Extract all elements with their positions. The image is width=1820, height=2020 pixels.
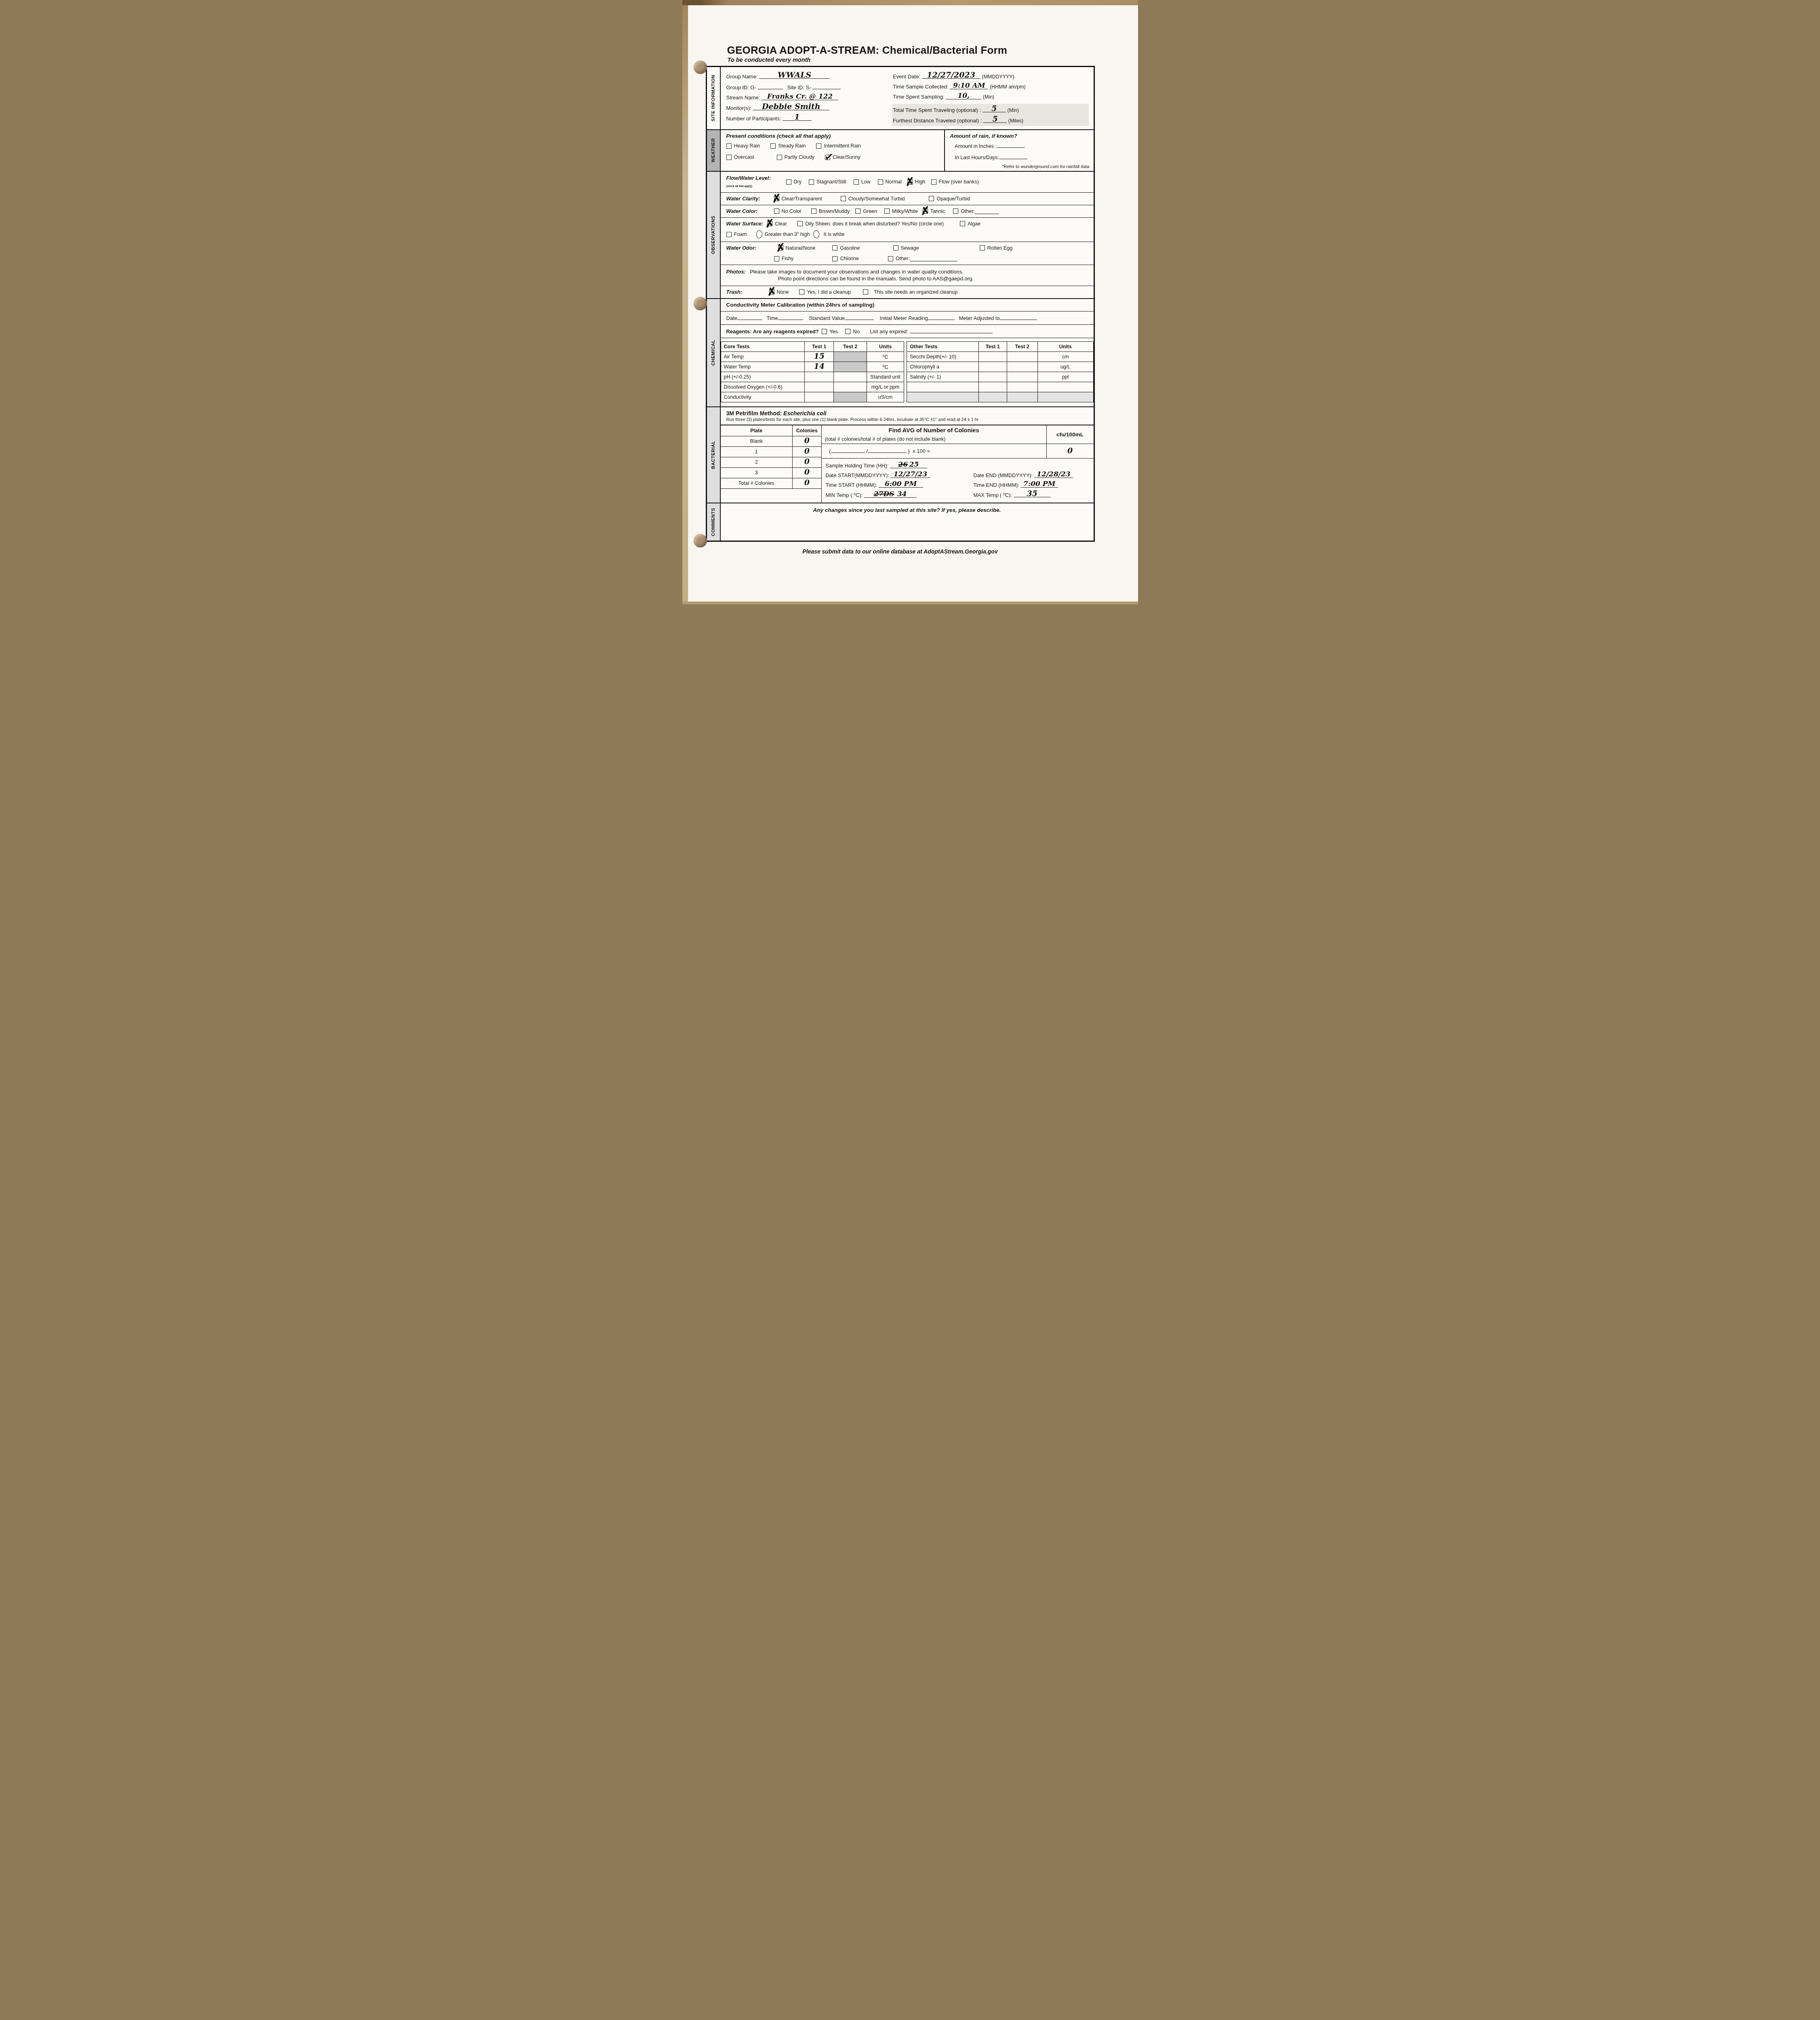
calib-standard-field[interactable]: [845, 314, 874, 320]
plate-table: PlateColonies Blank0 10 20 30 Total # Co…: [721, 425, 821, 489]
odor-option: Fishy: [774, 256, 794, 261]
table-row: Air Temp 15 ⁰C: [721, 352, 904, 362]
ph-test1[interactable]: [805, 372, 834, 382]
time-sampling-field[interactable]: 10,: [946, 94, 981, 99]
event-date-format: (MMDDYYYY): [982, 74, 1014, 80]
section-weather: WEATHER Present conditions (check all th…: [707, 129, 1094, 171]
group-id-field[interactable]: [758, 84, 783, 89]
time-collected-field[interactable]: 9:10 AM: [950, 84, 988, 89]
avg-area: Find AVG of Number of Colonies (total # …: [822, 425, 1094, 503]
odor-option: Sewage: [893, 245, 919, 251]
page-title: GEORGIA ADOPT-A-STREAM: Chemical/Bacteri…: [727, 44, 1138, 57]
observations-body: Flow/Water Level:(check all that apply) …: [721, 172, 1094, 298]
date-start-value: 12/27/23: [894, 470, 927, 478]
checkbox-fishy[interactable]: [774, 256, 779, 261]
flow-option: Dry: [786, 179, 802, 185]
traveling-field[interactable]: 5: [983, 107, 1006, 112]
flow-option: Normal: [878, 179, 902, 185]
plate1-colonies[interactable]: 0: [793, 446, 821, 457]
avg-box: Find AVG of Number of Colonies (total # …: [822, 425, 1047, 444]
checkbox-intermittent-rain[interactable]: [816, 143, 821, 149]
checkbox-sewage[interactable]: [893, 245, 898, 250]
footer-note: Please submit data to our online databas…: [706, 548, 1095, 555]
comments-prompt: Any changes since you last sampled at th…: [725, 507, 1090, 513]
table-row: pH (+/-0.25) Standard unit: [721, 372, 904, 382]
circle-greater-than-3in[interactable]: [756, 230, 762, 238]
date-end-field[interactable]: 12/28/23: [1034, 472, 1073, 478]
rain-inches-field[interactable]: [997, 142, 1025, 148]
stream-name-value: Franks Cr. @ 122: [767, 93, 833, 101]
water-surface-row: Water Surface: Clear Oily Sheen: does it…: [721, 217, 1094, 242]
checkbox-reagents-no[interactable]: [845, 329, 850, 334]
avg-note: (total # colonies/total # of plates (do …: [825, 436, 1043, 442]
checkbox-trash-none[interactable]: [769, 289, 774, 295]
blank-colonies[interactable]: 0: [793, 436, 821, 446]
scanner-background-top: [682, 0, 1138, 5]
date-end-value: 12/28/23: [1037, 470, 1070, 478]
circle-it-is-white[interactable]: [813, 230, 819, 238]
water-odor-row: Water Odor: Natural/None Gasoline Sewage…: [721, 242, 1094, 265]
section-bacterial: BACTERIAL 3M Petrifilm Method: Escherich…: [707, 406, 1094, 503]
comments-body[interactable]: Any changes since you last sampled at th…: [721, 503, 1094, 541]
checkbox-surface-clear[interactable]: [767, 221, 772, 226]
event-date-field[interactable]: 12/27/2023: [922, 73, 980, 79]
time-start-label: Time START (HHMM):: [826, 482, 877, 488]
traveling-label: Total Time Spent Traveling (optional) :: [893, 107, 981, 113]
photos-line1: Please take images to document your obse…: [750, 269, 964, 275]
color-option: Milky/White: [884, 208, 918, 214]
chlorophyll-test2[interactable]: [1007, 362, 1037, 372]
rain-last-label: In Last Hours/Days:: [955, 155, 999, 160]
comments-section-label: COMMENTS: [707, 503, 721, 541]
species-name: Escherichia coli: [783, 410, 827, 417]
flow-water-level-row: Flow/Water Level:(check all that apply) …: [721, 172, 1094, 192]
odor-other-field[interactable]: [910, 256, 957, 261]
time-sampling-value: 10,: [957, 92, 970, 100]
formula-numerator-field[interactable]: [831, 447, 865, 453]
surface-option: Algae: [960, 221, 980, 227]
table-row: Blank0: [721, 436, 821, 446]
color-option: Tannic: [923, 208, 945, 214]
weather-option: Clear/Sunny: [825, 154, 861, 160]
table-row: Conductivity uS/cm: [721, 392, 904, 402]
total-colonies[interactable]: 0: [793, 478, 821, 488]
water-color-row: Water Color: No Color Brown/Muddy Green …: [721, 205, 1094, 217]
hole-punch: [694, 297, 707, 310]
group-name-field[interactable]: WWALS: [759, 73, 830, 79]
participants-field[interactable]: 1: [783, 115, 812, 121]
do-test2[interactable]: [834, 382, 867, 392]
checkbox-clear-transparent[interactable]: [774, 196, 779, 201]
time-sampling-format: (Min): [983, 94, 994, 100]
chemical-section-label: CHEMICAL: [707, 299, 721, 406]
reagents-yes-label: Yes: [829, 328, 838, 335]
reagents-list-field[interactable]: [910, 328, 993, 333]
trash-option: This site needs an organized cleanup: [863, 289, 957, 295]
calib-time-label: Time: [767, 315, 778, 321]
foam-option: Foam: [726, 231, 747, 237]
optional-travel-block: Total Time Spent Traveling (optional) : …: [892, 104, 1088, 126]
page-subtitle: To be conducted every month: [728, 57, 1138, 63]
checkbox-dry[interactable]: [786, 179, 791, 185]
section-chemical: CHEMICAL Conductivity Meter Calibration …: [707, 298, 1094, 406]
calib-standard-label: Standard Value: [809, 315, 845, 321]
rain-title: Amount of rain, if known?: [950, 133, 1089, 139]
chlorophyll-test1[interactable]: [978, 362, 1007, 372]
conductivity-test2: [834, 392, 867, 402]
weather-section-label: WEATHER: [707, 130, 721, 171]
plate-table-container: PlateColonies Blank0 10 20 30 Total # Co…: [721, 425, 822, 503]
weather-option: Heavy Rain: [726, 143, 760, 149]
salinity-test1[interactable]: [978, 372, 1007, 382]
checkbox-reagents-yes[interactable]: [822, 329, 827, 334]
flow-option: Low: [854, 179, 871, 185]
checkbox-oily-sheen[interactable]: [797, 221, 803, 226]
bacterial-main: PlateColonies Blank0 10 20 30 Total # Co…: [721, 425, 1094, 503]
table-row: 20: [721, 457, 821, 467]
observations-section-label: OBSERVATIONS: [707, 172, 721, 298]
section-observations: OBSERVATIONS Flow/Water Level:(check all…: [707, 171, 1094, 298]
table-row: 10: [721, 446, 821, 457]
checkbox-clear-sunny[interactable]: [825, 155, 830, 160]
odor-option: Chlorine: [832, 256, 859, 261]
group-name-value: WWALS: [778, 71, 811, 80]
refer-site: wunderground.com: [1021, 164, 1059, 169]
checkbox-high[interactable]: [907, 179, 913, 185]
table-row: Water Temp 14 ⁰C: [721, 362, 904, 372]
reagents-list-label: List any expired:: [870, 328, 908, 335]
time-end-label: Time END (HHMM):: [973, 482, 1019, 488]
checkbox-color-other[interactable]: [953, 208, 958, 214]
monitors-label: Monitor(s):: [726, 105, 751, 111]
checkbox-steady-rain[interactable]: [770, 143, 776, 149]
holding-crossed: 26: [898, 461, 908, 469]
group-id-label: Group ID: G-: [726, 84, 756, 90]
reagents-label: Reagents: Are any reagents expired?: [726, 328, 819, 335]
photos-label: Photos:: [726, 269, 746, 275]
water-clarity-row: Water Clarity: Clear/Transparent Cloudy/…: [721, 192, 1094, 205]
stream-name-field[interactable]: Franks Cr. @ 122: [762, 95, 838, 100]
photos-line2: Photo point directions can be found in t…: [726, 276, 1090, 282]
cfu-value-cell[interactable]: 0: [1047, 444, 1094, 458]
amount-of-rain: Amount of rain, if known? Amount in Inch…: [944, 130, 1093, 171]
distance-format: (Miles): [1008, 118, 1024, 124]
group-name-label: Group Name:: [726, 74, 758, 80]
table-row: Total # Colonies0: [721, 478, 821, 488]
date-start-label: Date START(MMDDYYYY):: [826, 472, 889, 478]
calib-date-field[interactable]: [737, 314, 762, 320]
core-tests-table: Core Tests Test 1 Test 2 Units Air Temp …: [721, 341, 905, 402]
surface-option: Oily Sheen: does it break when disturbed…: [797, 221, 944, 227]
site-info-right-column: Event Date: 12/27/2023 (MMDDYYYY) Time S…: [893, 71, 1088, 126]
checkbox-normal[interactable]: [878, 179, 883, 185]
other-row5-test2: [1007, 392, 1037, 402]
checkbox-partly-cloudy[interactable]: [777, 155, 782, 160]
color-option: No Color: [774, 208, 802, 214]
weather-option: Steady Rain: [770, 143, 806, 149]
holding-value: 25: [909, 461, 919, 469]
table-row: [907, 392, 1094, 402]
site-id-label: Site ID: S-: [787, 84, 811, 90]
refer-note: *Refer to wunderground.com for rainfall …: [950, 164, 1089, 169]
color-label: Water Color:: [726, 208, 770, 214]
foam-circle-option: Greater than 3" high: [756, 230, 810, 238]
avg-formula: ( / ) x 100 =: [822, 444, 1047, 458]
checkbox-flow-over-banks[interactable]: [931, 179, 936, 185]
water-temp-test2: [834, 362, 867, 372]
monitors-value: Debbie Smith: [762, 102, 821, 111]
date-end-label: Date END (MMDDYYYY):: [973, 472, 1033, 478]
flow-label: Flow/Water Level:: [726, 175, 771, 181]
section-site-information: SITE INFORMATION Group Name: WWALS Group…: [707, 67, 1094, 129]
distance-value: 5: [993, 115, 998, 124]
min-temp-field[interactable]: 27DS 34: [864, 492, 917, 498]
odor-option: Rotten Egg: [980, 245, 1013, 251]
odor-option: Natural/None: [778, 245, 816, 251]
clarity-option: Cloudy/Somewhat Turbid: [841, 196, 905, 202]
rain-inches-label: Amount in Inches :: [955, 143, 997, 149]
time-start-field[interactable]: 6:00 PM: [879, 482, 923, 488]
trash-option: Yes, I did a cleanup: [799, 289, 851, 295]
checkbox-trash-cleanup[interactable]: [799, 289, 804, 295]
other-tests-table: Other Tests Test 1 Test 2 Units Secchi D…: [907, 341, 1094, 402]
checkbox-foam[interactable]: [726, 232, 732, 237]
color-option: Brown/Muddy: [811, 208, 850, 214]
present-conditions: Present conditions (check all that apply…: [721, 130, 945, 171]
section-comments: COMMENTS Any changes since you last samp…: [707, 503, 1094, 541]
table-row: Secchi Depth(+/- 10) cm: [907, 352, 1094, 362]
event-date-label: Event Date:: [893, 74, 920, 80]
checkbox-milky-white[interactable]: [884, 208, 890, 214]
air-temp-test2: [834, 352, 867, 362]
checkbox-gasoline[interactable]: [832, 245, 837, 250]
scanner-background-left: [682, 0, 688, 604]
chemical-tables: Core Tests Test 1 Test 2 Units Air Temp …: [721, 338, 1094, 406]
time-sampling-label: Time Spent Sampling:: [893, 94, 944, 100]
time-collected-format: (HHMM am/pm): [990, 84, 1026, 90]
ph-test2[interactable]: [834, 372, 867, 382]
checkbox-algae[interactable]: [960, 221, 965, 226]
petrifilm-instructions: Run three (3) plates/tests for each site…: [721, 417, 1094, 425]
weather-body: Present conditions (check all that apply…: [721, 130, 1094, 171]
calibration-title: Conductivity Meter Calibration (within 2…: [721, 299, 1094, 311]
present-conditions-title: Present conditions (check all that apply…: [726, 133, 941, 139]
stream-name-label: Stream Name:: [726, 95, 760, 101]
weather-option: Intermittent Rain: [816, 143, 861, 149]
traveling-format: (Min): [1008, 107, 1019, 113]
calib-initial-field[interactable]: [928, 314, 955, 320]
clarity-option: Opaque/Turbid: [929, 196, 970, 202]
water-temp-test1[interactable]: 14: [805, 362, 834, 372]
reagents-no-label: No: [853, 328, 860, 335]
form-table: SITE INFORMATION Group Name: WWALS Group…: [706, 66, 1095, 542]
photos-row: Photos:Please take images to document yo…: [721, 265, 1094, 286]
min-temp-label: MIN Temp ( ⁰C):: [826, 492, 863, 498]
checkbox-natural-none[interactable]: [778, 245, 783, 250]
table-row: Dissolved Oxygen (+/-0.6) mg/L or ppm: [721, 382, 904, 392]
conductivity-test1[interactable]: [805, 392, 834, 402]
color-option: Green: [855, 208, 877, 214]
plate2-colonies[interactable]: 0: [793, 457, 821, 467]
max-temp-field[interactable]: 35: [1014, 492, 1051, 497]
petrifilm-title: 3M Petrifilm Method: Escherichia coli: [721, 407, 1094, 417]
calibration-fields: Date Time Standard Value Initial Meter R…: [721, 311, 1094, 324]
monitors-field[interactable]: Debbie Smith: [753, 105, 829, 110]
plate3-colonies[interactable]: 0: [793, 467, 821, 478]
weather-option: Partly Cloudy: [777, 154, 814, 160]
max-temp-value: 35: [1027, 489, 1037, 498]
table-row: [907, 382, 1094, 392]
secchi-test1[interactable]: [978, 352, 1007, 362]
incubation-lines: Sample Holding Time (HH): 26 25 Date STA…: [822, 459, 1094, 503]
calib-time-field[interactable]: [778, 314, 803, 320]
time-end-field[interactable]: 7:00 PM: [1021, 482, 1058, 488]
foam-circle-option: It is white: [813, 230, 845, 238]
surface-option: Clear: [767, 221, 787, 227]
checkbox-stagnant-still[interactable]: [809, 179, 814, 185]
max-temp-label: MAX Temp ( ⁰C):: [973, 492, 1012, 498]
salinity-test2[interactable]: [1007, 372, 1037, 382]
flow-note: (check all that apply): [726, 185, 752, 188]
site-info-left-column: Group Name: WWALS Group ID: G- Site ID: …: [726, 71, 893, 126]
chemical-body: Conductivity Meter Calibration (within 2…: [721, 299, 1094, 406]
holding-time-field[interactable]: 26 25: [890, 463, 927, 468]
min-temp-crossed: 27DS: [874, 490, 894, 498]
odor-option: Gasoline: [832, 245, 860, 251]
table-row: Chlorophyll a ug/L: [907, 362, 1094, 372]
checkbox-low[interactable]: [854, 179, 859, 185]
min-temp-value: 34: [897, 490, 907, 498]
formula-denominator-field[interactable]: [868, 447, 907, 453]
calib-adjusted-field[interactable]: [1000, 314, 1037, 320]
site-information-section-label: SITE INFORMATION: [707, 67, 721, 129]
scanned-page: GEORGIA ADOPT-A-STREAM: Chemical/Bacteri…: [682, 0, 1138, 604]
checkbox-tannic[interactable]: [923, 208, 928, 214]
reagents-line: Reagents: Are any reagents expired? Yes …: [721, 324, 1094, 338]
scanner-background-bottom: [682, 602, 1138, 604]
bacterial-section-label: BACTERIAL: [707, 407, 721, 503]
cfu-header: cfu/100mL: [1047, 425, 1094, 444]
paper: GEORGIA ADOPT-A-STREAM: Chemical/Bacteri…: [688, 5, 1138, 602]
calib-adjusted-label: Meter Adjusted to: [959, 315, 1000, 321]
air-temp-test1[interactable]: 15: [805, 352, 834, 362]
distance-label: Furthest Distance Traveled (optional) :: [893, 118, 982, 124]
surface-label: Water Surface:: [726, 221, 764, 227]
table-row: Salinity (+/- 1) ppt: [907, 372, 1094, 382]
trash-option: None: [769, 289, 789, 295]
hole-punch: [694, 534, 707, 547]
secchi-test2[interactable]: [1007, 352, 1037, 362]
calib-initial-label: Initial Meter Reading: [880, 315, 928, 321]
traveling-value: 5: [991, 104, 997, 113]
checkbox-brown-muddy[interactable]: [811, 208, 816, 214]
checkbox-opaque-turbid[interactable]: [929, 196, 934, 201]
hole-punch: [694, 61, 707, 74]
site-id-field[interactable]: [812, 84, 841, 89]
do-test1[interactable]: [805, 382, 834, 392]
distance-field[interactable]: 5: [983, 117, 1007, 123]
checkbox-odor-other[interactable]: [888, 256, 893, 261]
checkbox-no-color[interactable]: [774, 208, 779, 214]
time-start-value: 6:00 PM: [885, 480, 917, 488]
rain-last-field[interactable]: [999, 154, 1027, 159]
checkbox-overcast[interactable]: [726, 155, 732, 160]
flow-option: Stagnant/Still: [809, 179, 846, 185]
holding-time-label: Sample Holding Time (HH):: [826, 463, 889, 469]
calib-date-label: Date: [726, 315, 737, 321]
flow-option: High: [907, 179, 926, 185]
checkbox-trash-organized-cleanup[interactable]: [863, 289, 868, 295]
table-row: 30: [721, 467, 821, 478]
clarity-label: Water Clarity:: [726, 196, 770, 202]
avg-title: Find AVG of Number of Colonies: [825, 427, 1043, 434]
bacterial-body: 3M Petrifilm Method: Escherichia coli Ru…: [721, 407, 1094, 503]
flow-option: Flow (over banks): [931, 179, 979, 185]
weather-option: Overcast: [726, 154, 754, 160]
checkbox-heavy-rain[interactable]: [726, 143, 732, 149]
color-other-field[interactable]: [975, 208, 999, 214]
checkbox-rotten-egg[interactable]: [980, 245, 985, 250]
clarity-option: Clear/Transparent: [774, 196, 822, 202]
odor-option: Other:: [888, 256, 957, 261]
checkbox-chlorine[interactable]: [832, 256, 837, 261]
participants-value: 1: [794, 113, 800, 122]
color-option: Other:: [953, 208, 999, 214]
participants-label: Number of Participants:: [726, 116, 781, 122]
time-collected-value: 9:10 AM: [953, 82, 985, 90]
odor-label: Water Odor:: [726, 245, 774, 251]
time-end-value: 7:00 PM: [1023, 480, 1055, 488]
other-row4-test1[interactable]: [978, 382, 1007, 392]
other-row5-test1: [978, 392, 1007, 402]
trash-row: Trash: None Yes, I did a cleanup This si…: [721, 286, 1094, 298]
site-information-body: Group Name: WWALS Group ID: G- Site ID: …: [721, 67, 1094, 129]
other-row4-test2[interactable]: [1007, 382, 1037, 392]
checkbox-cloudy-turbid[interactable]: [841, 196, 846, 201]
trash-label: Trash:: [726, 289, 765, 295]
time-collected-label: Time Sample Collected:: [893, 84, 949, 90]
date-start-field[interactable]: 12/27/23: [890, 472, 930, 478]
event-date-value: 12/27/2023: [927, 71, 975, 80]
checkbox-green[interactable]: [855, 208, 861, 214]
